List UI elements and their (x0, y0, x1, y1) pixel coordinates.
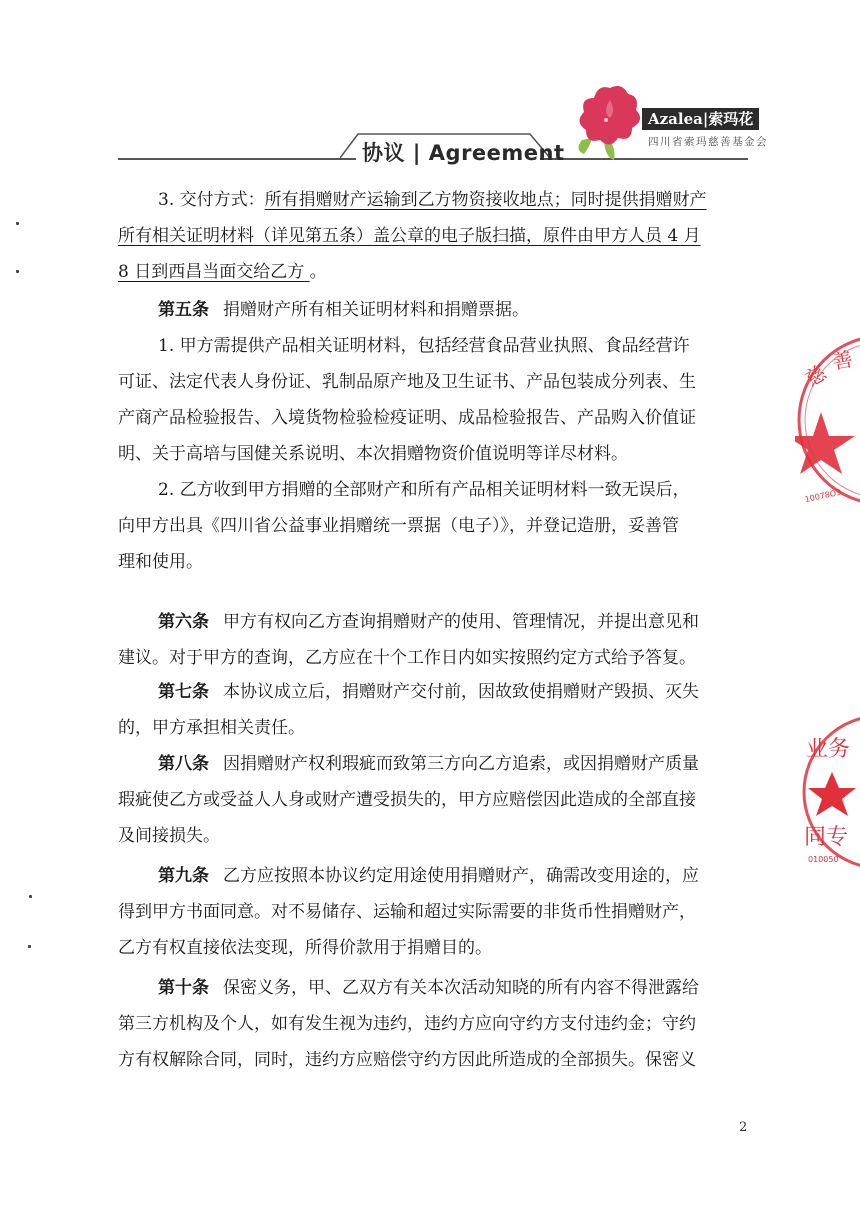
scan-speck (28, 945, 31, 948)
header-rule-left (118, 158, 356, 160)
article-5-item-1-line: 1. 甲方需提供产品相关证明材料，包括经营食品营业执照、食品经营许 (118, 328, 748, 364)
article-5-item-2-line: 2. 乙方收到甲方捐赠的全部财产和所有产品相关证明材料一致无误后， (118, 472, 748, 508)
article-text: 乙方应按照本协议约定用途使用捐赠财产，确需改变用途的，应 (223, 866, 699, 886)
document-page: 协议 | Agreement Azalea|索玛花 四川省索玛慈善基金会 3. … (0, 0, 860, 1222)
svg-text:同专: 同专 (804, 825, 848, 850)
svg-text:10078O3: 10078O3 (804, 488, 842, 504)
azalea-flower-icon (570, 80, 650, 160)
article-5-item-2-line: 理和使用。 (118, 544, 748, 580)
article-label: 第六条 (158, 612, 209, 632)
article-text: 第三方机构及个人，如有发生视为违约，违约方应向守约方支付违约金；守约 (118, 1006, 748, 1042)
article-7: 第七条本协议成立后，捐赠财产交付前，因故致使捐赠财产毁损、灭失 的，甲方承担相关… (118, 674, 748, 746)
article-10: 第十条保密义务，甲、乙双方有关本次活动知晓的所有内容不得泄露给 第三方机构及个人… (118, 970, 748, 1078)
article-label: 第九条 (158, 866, 209, 886)
delivery-text-underlined: 所有相关证明材料（详见第五条）盖公章的电子版扫描，原件由甲方人员 4 月 (118, 226, 701, 246)
article-text: 瑕疵使乙方或受益人人身或财产遭受损失的，甲方应赔偿因此造成的全部直接 (118, 782, 748, 818)
article-5: 第五条捐赠财产所有相关证明材料和捐赠票据。 1. 甲方需提供产品相关证明材料，包… (118, 292, 748, 580)
page-number: 2 (739, 1120, 747, 1135)
article-label: 第八条 (158, 754, 209, 774)
delivery-text-underlined: 所有捐赠财产运输到乙方物资接收地点；同时提供捐赠财产 (265, 190, 707, 210)
delivery-label: 3. 交付方式： (158, 190, 265, 210)
article-8: 第八条因捐赠财产权利瑕疵而致第三方向乙方追索，或因捐赠财产质量 瑕疵使乙方或受益… (118, 746, 748, 854)
article-6: 第六条甲方有权向乙方查询捐赠财产的使用、管理情况，并提出意见和 建议。对于甲方的… (118, 604, 748, 676)
red-star-seal-icon: 慈 善 10078O3 (795, 332, 860, 512)
foundation-logo: Azalea|索玛花 四川省索玛慈善基金会 (570, 80, 770, 160)
article-9: 第九条乙方应按照本协议约定用途使用捐赠财产，确需改变用途的，应 得到甲方书面同意… (118, 858, 748, 966)
article-text: 得到甲方书面同意。对不易储存、运输和超过实际需要的非货币性捐赠财产， (118, 894, 748, 930)
article-5-item-2-line: 向甲方出具《四川省公益事业捐赠统一票据（电子）》，并登记造册，妥善管 (118, 508, 748, 544)
article-text: 本协议成立后，捐赠财产交付前，因故致使捐赠财产毁损、灭失 (223, 682, 699, 702)
page-title: 协议 | Agreement (362, 137, 565, 167)
article-text: 的，甲方承担相关责任。 (118, 710, 748, 746)
article-text: 乙方有权直接依法变现，所得价款用于捐赠目的。 (118, 930, 748, 966)
scan-speck (16, 222, 19, 225)
svg-text:业务: 业务 (806, 737, 850, 762)
article-text: 建议。对于甲方的查询，乙方应在十个工作日内如实按照约定方式给予答复。 (118, 640, 748, 676)
article-text: 保密义务，甲、乙双方有关本次活动知晓的所有内容不得泄露给 (223, 978, 699, 998)
svg-text:善: 善 (831, 347, 855, 374)
article-label: 第七条 (158, 682, 209, 702)
article-5-item-1-line: 产商产品检验报告、入境货物检验检疫证明、成品检验报告、产品购入价值证 (118, 400, 748, 436)
logo-subtitle: 四川省索玛慈善基金会 (648, 134, 768, 149)
scan-speck (16, 270, 19, 273)
article-text: 方有权解除合同，同时，违约方应赔偿守约方因此所造成的全部损失。保密义 (118, 1042, 748, 1078)
delivery-method-paragraph: 3. 交付方式：所有捐赠财产运输到乙方物资接收地点；同时提供捐赠财产 所有相关证… (118, 182, 748, 290)
svg-text:010050: 010050 (808, 855, 839, 864)
article-text: 甲方有权向乙方查询捐赠财产的使用、管理情况，并提出意见和 (223, 612, 699, 632)
delivery-suffix: 。 (310, 262, 327, 282)
article-5-item-1-line: 明、关于高培与国健关系说明、本次捐赠物资价值说明等详尽材料。 (118, 436, 748, 472)
article-text: 捐赠财产所有相关证明材料和捐赠票据。 (223, 300, 529, 320)
logo-brand-text: Azalea|索玛花 (642, 108, 759, 130)
article-label: 第五条 (158, 300, 209, 320)
delivery-text-underlined: 8 日到西昌当面交给乙方 (118, 262, 310, 282)
article-text: 及间接损失。 (118, 818, 748, 854)
article-5-item-1-line: 可证、法定代表人身份证、乳制品原产地及卫生证书、产品包装成分列表、生 (118, 364, 748, 400)
scan-speck (29, 895, 32, 898)
article-label: 第十条 (158, 978, 209, 998)
red-star-seal-icon: 业务 同专 010050 (800, 712, 860, 872)
article-text: 因捐赠财产权利瑕疵而致第三方向乙方追索，或因捐赠财产质量 (223, 754, 699, 774)
